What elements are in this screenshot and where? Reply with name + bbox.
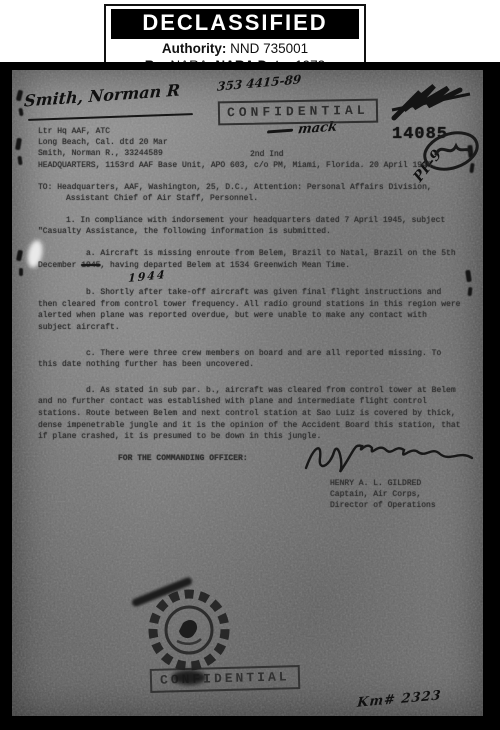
paragraph-1: 1. In compliance with indorsement your h…	[38, 215, 464, 238]
paragraph-a: a. Aircraft is missing enroute from Bele…	[38, 248, 464, 271]
handwritten-footer-note: Km# 2323	[356, 688, 442, 711]
paragraph-b: b. Shortly after take-off aircraft was g…	[38, 287, 464, 333]
struck-year: 1945	[81, 261, 100, 270]
paragraph-a-text: , having departed Belem at 1534 Greenwic…	[100, 261, 350, 270]
confidential-stamp-top: CONFIDENTIAL	[218, 99, 378, 126]
reference-line: Smith, Norman R., 33244589	[38, 148, 168, 159]
signature-icon	[300, 428, 480, 480]
reference-line: Ltr Hq AAF, ATC	[38, 126, 168, 137]
binder-mark	[16, 90, 24, 102]
binder-mark	[15, 138, 22, 151]
signer-title: Director of Operations	[330, 500, 436, 511]
authority-line: Authority: NND 735001	[111, 41, 359, 56]
authority-label: Authority:	[162, 41, 227, 56]
binder-mark	[19, 268, 23, 276]
signer-name: HENRY A. L. GILDRED	[330, 478, 436, 489]
document-paper: Smith, Norman R 353 4415-89 mack PP-9 CO…	[12, 70, 483, 716]
handwritten-underline	[28, 113, 193, 121]
binder-mark	[16, 250, 23, 262]
indorsement-label: 2nd Ind	[250, 150, 284, 159]
scanned-document-page: DECLASSIFIED Authority: NND 735001 By: N…	[0, 0, 500, 730]
binder-mark	[465, 270, 472, 283]
scribble-mark-icon	[390, 80, 482, 128]
paragraph-c: c. There were three crew members on boar…	[38, 348, 464, 371]
handwritten-serial: 353 4415-89	[217, 72, 302, 94]
reference-block: Ltr Hq AAF, ATC Long Beach, Cal. dtd 20 …	[38, 126, 168, 159]
signer-rank: Captain, Air Corps,	[330, 489, 436, 500]
authority-value: NND 735001	[230, 41, 308, 56]
binder-mark	[468, 287, 473, 296]
signature-block: HENRY A. L. GILDRED Captain, Air Corps, …	[330, 478, 436, 511]
scan-background: Smith, Norman R 353 4415-89 mack PP-9 CO…	[0, 62, 500, 730]
headquarters-line: HEADQUARTERS, 1153rd AAF Base Unit, APO …	[38, 160, 464, 172]
declassified-banner: DECLASSIFIED	[111, 9, 359, 39]
reference-line: Long Beach, Cal. dtd 20 Mar	[38, 137, 168, 148]
binder-mark	[17, 156, 22, 165]
handwritten-name: Smith, Norman R	[24, 80, 181, 110]
stamp-smudge	[172, 670, 206, 685]
to-line: TO: Headquarters, AAF, Washington, 25, D…	[38, 182, 464, 205]
